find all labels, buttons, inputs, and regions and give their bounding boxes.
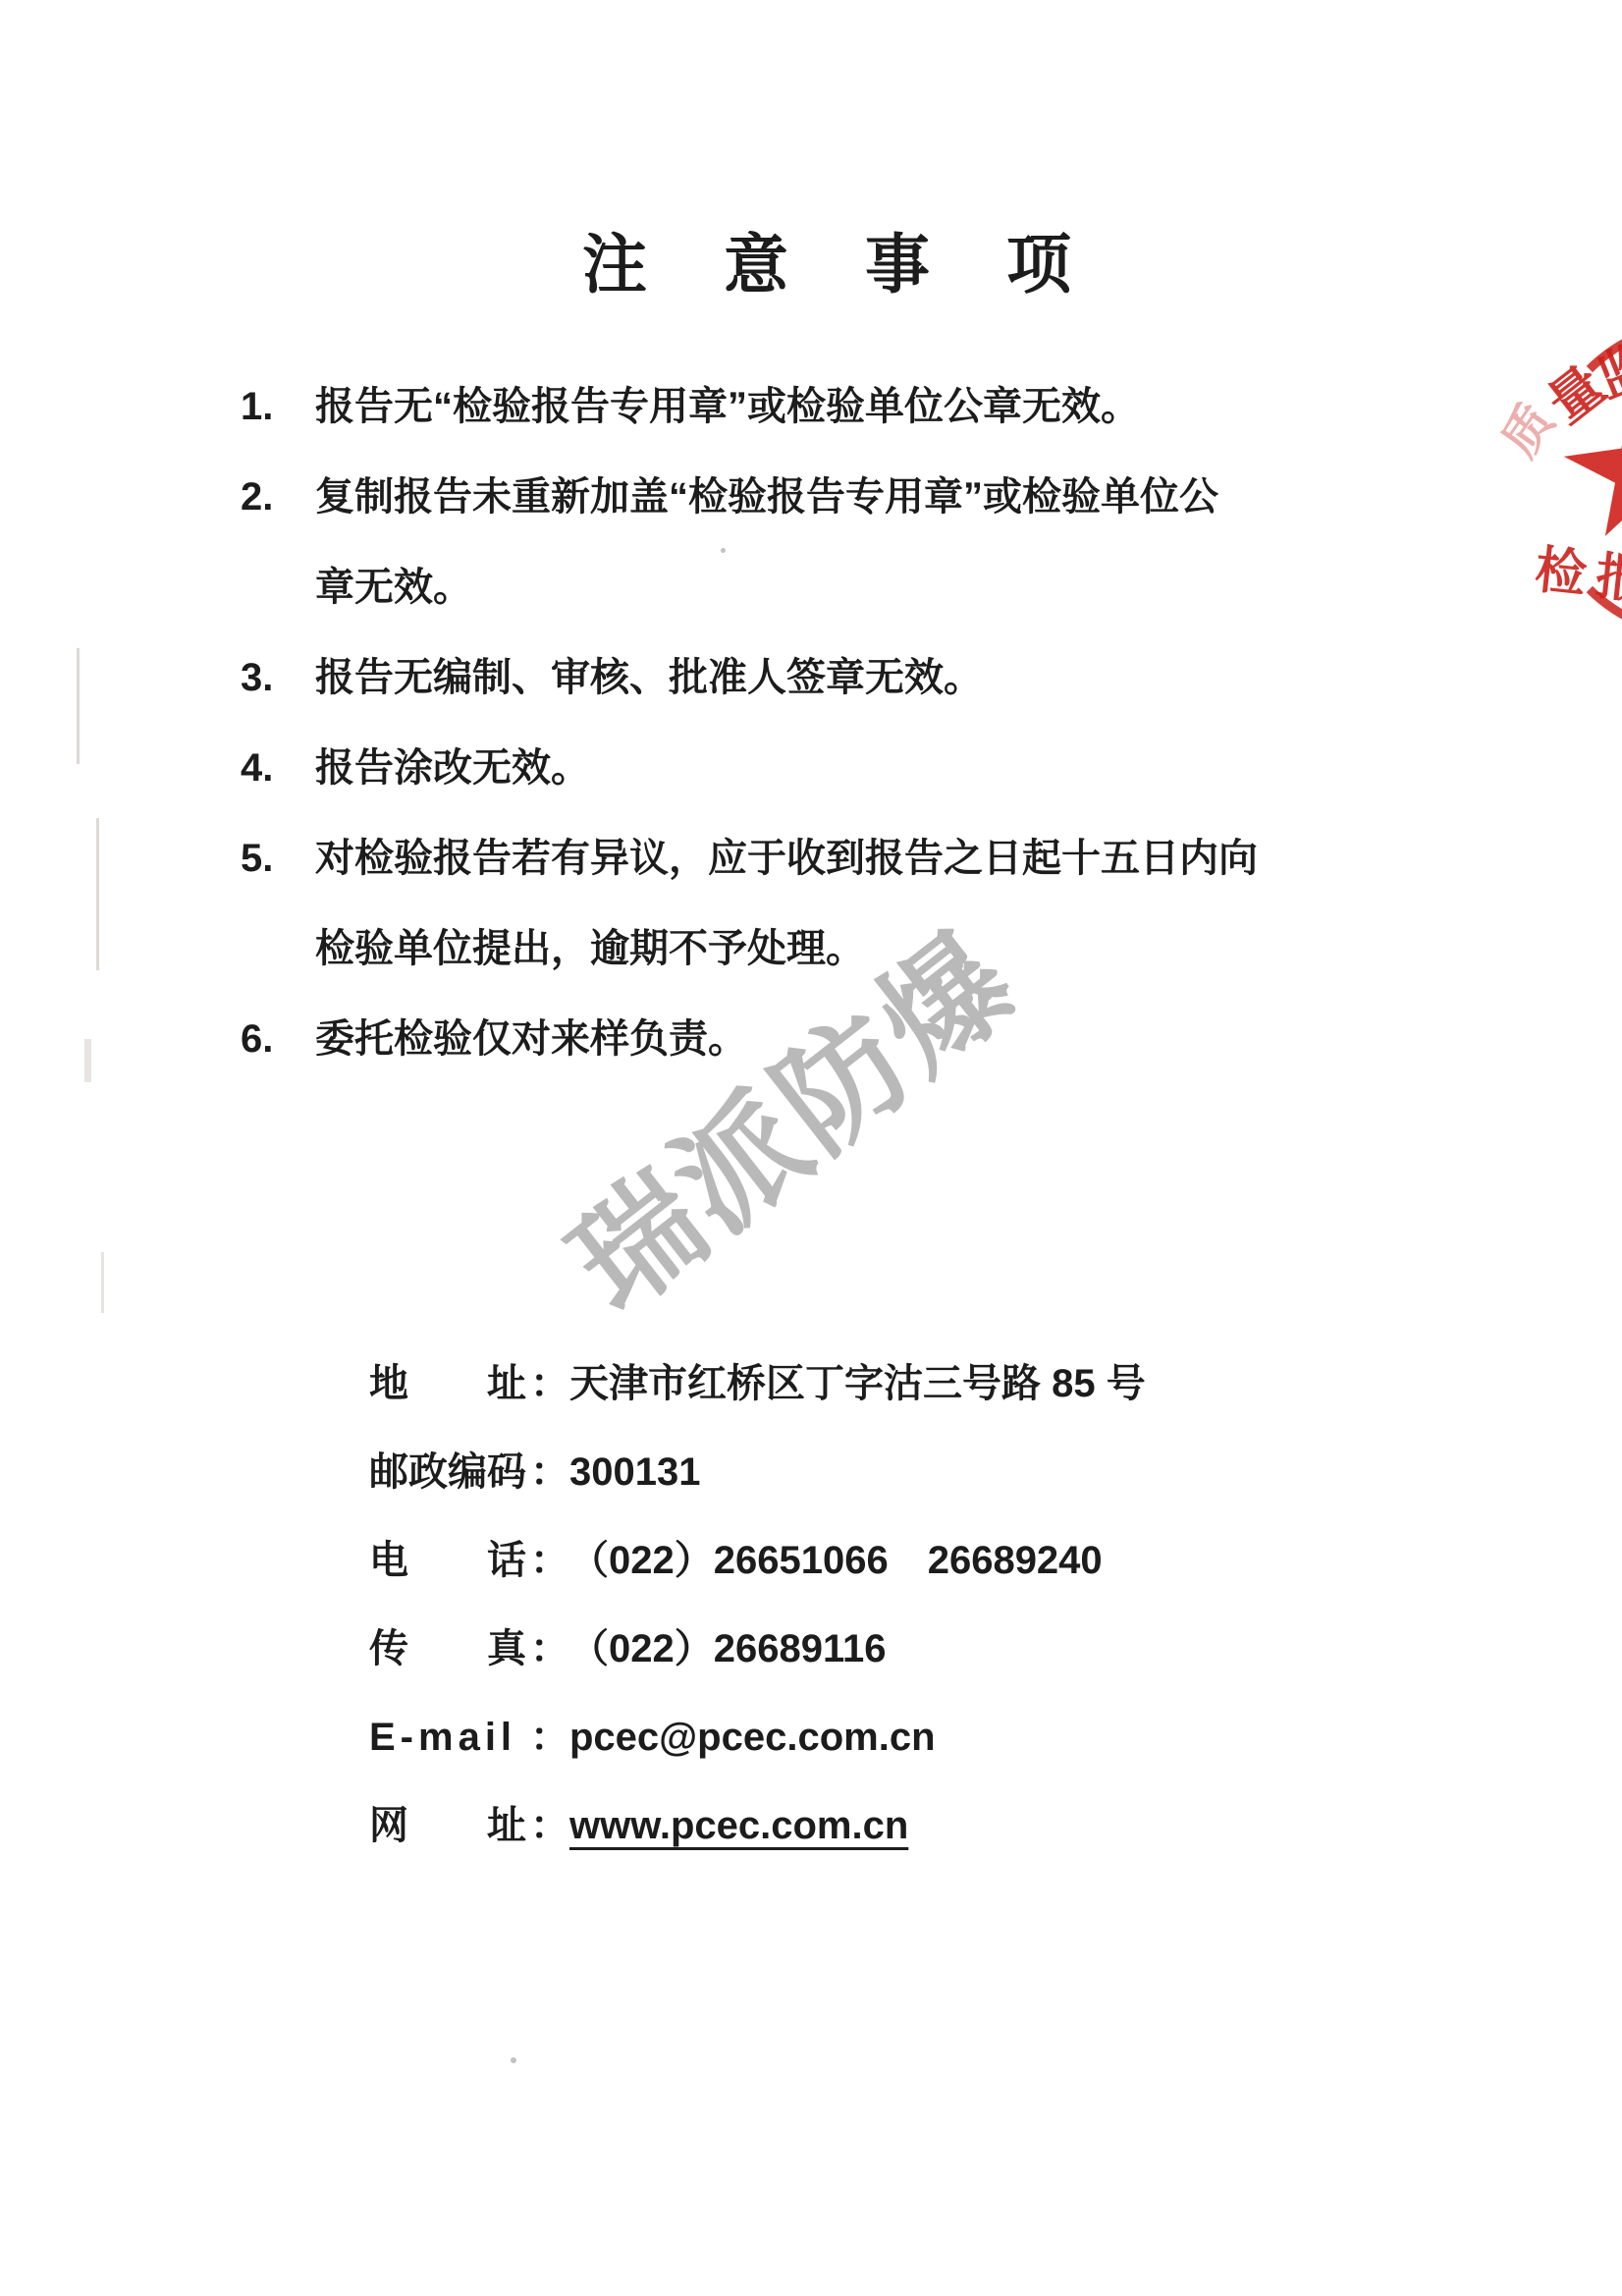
notes-list: 1. 报告无“检验报告专用章”或检验单位公章无效。 2. 复制报告未重新加盖“检…	[241, 361, 1252, 1084]
contact-row-postcode: 邮政编码：300131	[369, 1428, 1146, 1516]
list-item-text: 检验单位提出，逾期不予处理。	[315, 903, 1258, 994]
scan-artifact-line	[96, 818, 99, 970]
list-item: 5. 对检验报告若有异议，应于收到报告之日起十五日内向 检验单位提出，逾期不予处…	[241, 813, 1252, 994]
contact-row-website: 网 址：www.pcec.com.cn	[369, 1781, 1146, 1870]
list-item-number: 5.	[241, 813, 315, 903]
stamp-arc-char: 质	[1482, 388, 1568, 468]
contact-row-email: E-mail：pcec@pcec.com.cn	[369, 1693, 1146, 1781]
contact-row-address: 地 址：天津市红桥区丁字沽三号路 85 号	[369, 1339, 1146, 1428]
contact-value: （022）26689116	[569, 1605, 887, 1693]
contact-label: 地 址	[369, 1339, 530, 1428]
list-item-text: 报告无编制、审核、批准人签章无效。	[315, 632, 983, 723]
contact-label: 电 话	[369, 1516, 530, 1605]
list-item-number: 2.	[241, 452, 315, 542]
page-title: 注意事项	[0, 212, 1622, 305]
list-item-text: 报告涂改无效。	[315, 723, 590, 813]
list-item-text: 对检验报告若有异议，应于收到报告之日起十五日内向	[315, 813, 1258, 903]
contact-value: （022）26651066 26689240	[569, 1516, 1103, 1605]
contact-label: E-mail	[369, 1693, 530, 1781]
scan-speck	[721, 548, 726, 553]
list-item: 6. 委托检验仅对来样负责。	[241, 994, 1252, 1084]
document-page: 注意事项 1. 报告无“检验报告专用章”或检验单位公章无效。 2. 复制报告未重…	[0, 0, 1622, 2296]
list-item-number: 4.	[241, 723, 315, 813]
contact-value-email: pcec@pcec.com.cn	[569, 1693, 936, 1781]
scan-artifact-line	[84, 1039, 91, 1082]
contact-block: 地 址：天津市红桥区丁字沽三号路 85 号 邮政编码：300131 电 话：（0…	[369, 1339, 1146, 1870]
list-item-text: 章无效。	[315, 542, 1218, 632]
list-item: 1. 报告无“检验报告专用章”或检验单位公章无效。	[241, 361, 1252, 452]
list-item-text: 复制报告未重新加盖“检验报告专用章”或检验单位公	[315, 452, 1218, 542]
scan-artifact-line	[101, 1252, 104, 1313]
scan-speck	[511, 2057, 516, 2063]
stamp-bottom-text: 检报	[1532, 528, 1622, 615]
contact-row-fax: 传 真：（022）26689116	[369, 1605, 1146, 1693]
stamp-star-icon	[1553, 383, 1622, 555]
list-item: 2. 复制报告未重新加盖“检验报告专用章”或检验单位公 章无效。	[241, 452, 1252, 632]
list-item-number: 3.	[241, 632, 315, 723]
contact-label: 传 真	[369, 1605, 530, 1693]
stamp-ring	[1540, 319, 1622, 639]
list-item-text: 委托检验仅对来样负责。	[315, 994, 747, 1084]
list-item: 4. 报告涂改无效。	[241, 723, 1252, 813]
contact-value-website-link: www.pcec.com.cn	[569, 1781, 908, 1870]
list-item-text: 报告无“检验报告专用章”或检验单位公章无效。	[315, 361, 1140, 452]
list-item: 3. 报告无编制、审核、批准人签章无效。	[241, 632, 1252, 723]
list-item-number: 6.	[241, 994, 315, 1084]
contact-row-phone: 电 话：（022）26651066 26689240	[369, 1516, 1146, 1605]
list-item-number: 1.	[241, 361, 315, 452]
red-seal-stamp: 质 量 监 检报	[0, 0, 1622, 2296]
contact-label: 网 址	[369, 1781, 530, 1870]
contact-value: 300131	[569, 1428, 700, 1516]
stamp-arc-char: 监	[1585, 323, 1622, 413]
contact-value: 天津市红桥区丁字沽三号路 85 号	[569, 1339, 1146, 1428]
scan-artifact-line	[77, 648, 80, 764]
stamp-arc-char: 量	[1530, 346, 1618, 438]
contact-label: 邮政编码	[369, 1428, 530, 1516]
